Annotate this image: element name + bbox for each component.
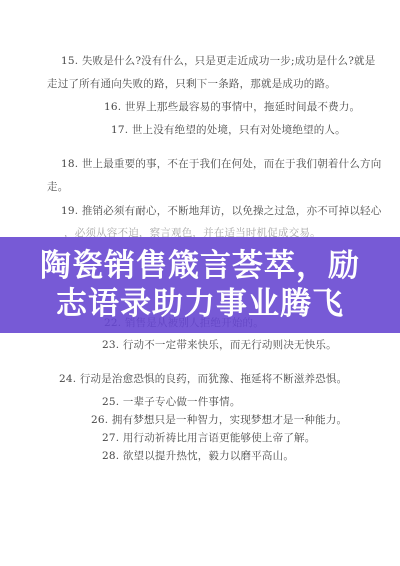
quote-15-line-2: 走过了所有通向失败的路，只剩下一条路，那就是成功的路。 (47, 78, 336, 91)
quote-18-line-2: 走。 (47, 181, 68, 194)
quote-16: 16. 世界上那些最容易的事情中，拖延时间最不费力。 (104, 101, 360, 114)
quote-25: 25. 一辈子专心做一件事情。 (102, 396, 241, 409)
banner-title-line-1: 陶瓷销售箴言荟萃，励 (40, 247, 360, 285)
quote-26: 26. 拥有梦想只是一种智力，实现梦想才是一种能力。 (91, 414, 347, 427)
title-overlay-banner: 陶瓷销售箴言荟萃，励 志语录助力事业腾飞 (0, 237, 400, 333)
document-page: 15. 失败是什么?没有什么，只是更走近成功一步;成功是什么?就是 走过了所有通… (0, 0, 400, 566)
quote-24: 24. 行动是治愈恐惧的良药，而犹豫、拖延将不断滋养恐惧。 (59, 373, 347, 386)
quote-23: 23. 行动不一定带来快乐，而无行动则决无快乐。 (102, 339, 337, 352)
quote-19-line-1: 19. 推销必须有耐心，不断地拜访，以免操之过急，亦不可掉以轻心 (61, 205, 381, 218)
banner-title-line-2: 志语录助力事业腾飞 (56, 285, 344, 323)
quote-27: 27. 用行动祈祷比用言语更能够使上帝了解。 (102, 432, 315, 445)
quote-18-line-1: 18. 世上最重要的事，不在于我们在何处，而在于我们朝着什么方向 (61, 158, 381, 171)
quote-15-line-1: 15. 失败是什么?没有什么，只是更走近成功一步;成功是什么?就是 (61, 55, 375, 68)
quote-28: 28. 欲望以提升热忱，毅力以磨平高山。 (102, 450, 294, 463)
quote-17: 17. 世上没有绝望的处境，只有对处境绝望的人。 (111, 124, 346, 137)
